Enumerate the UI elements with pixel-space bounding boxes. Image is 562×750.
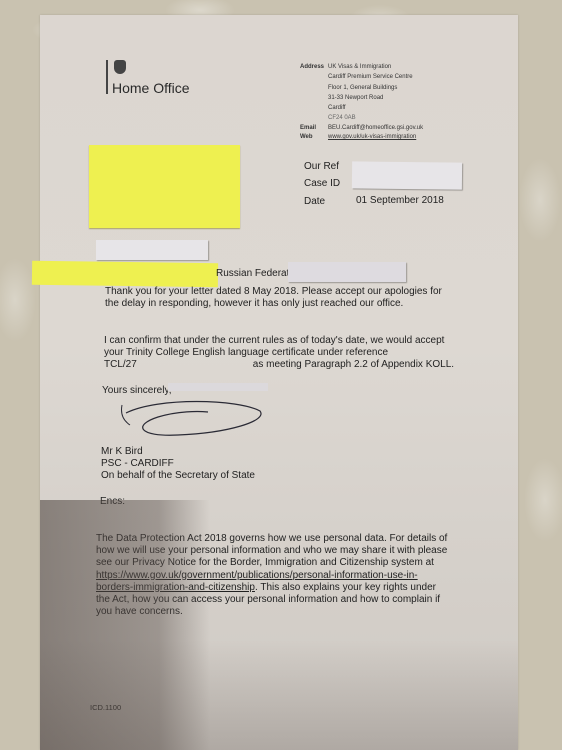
redaction-sticky-strip — [32, 261, 218, 288]
privacy-line: The Data Protection Act 2018 governs how… — [96, 533, 447, 545]
privacy-line: the Act, how you can access your persona… — [96, 594, 447, 606]
signer-block: Mr K Bird PSC - CARDIFF On behalf of the… — [101, 446, 255, 482]
recipient-country: Russian Federat — [216, 268, 289, 280]
body-line: Thank you for your letter dated 8 May 20… — [105, 286, 442, 298]
logo-divider — [106, 60, 108, 94]
royal-crest-icon — [114, 60, 126, 74]
paragraph-confirmation: I can confirm that under the current rul… — [104, 335, 454, 371]
body-line: TCL/27as meeting Paragraph 2.2 of Append… — [104, 359, 454, 371]
case-id-label: Case ID — [304, 178, 340, 189]
form-code: ICD.1100 — [90, 703, 121, 712]
address-line: 31-33 Newport Road — [328, 93, 423, 103]
privacy-notice-link-cont[interactable]: borders-immigration-and-citizenship — [96, 582, 255, 593]
privacy-line: how we will use your personal informatio… — [96, 545, 447, 557]
privacy-notice-link[interactable]: https://www.gov.uk/government/publicatio… — [96, 570, 447, 582]
our-ref-label: Our Ref — [304, 161, 339, 172]
web-link[interactable]: www.gov.uk/uk-visas-immigration — [328, 133, 423, 142]
address-line: UK Visas & Immigration — [328, 62, 423, 72]
date-label: Date — [304, 196, 325, 207]
signature — [118, 395, 268, 445]
redaction-reference — [352, 161, 462, 189]
email-value: BEU.Cardiff@homeoffice.gsi.gov.uk — [328, 124, 423, 133]
address-line: CF24 0AB — [328, 113, 423, 123]
redaction-sticky-note — [89, 145, 240, 228]
paragraph-acknowledgement: Thank you for your letter dated 8 May 20… — [105, 286, 442, 310]
address-line: Cardiff — [328, 103, 423, 113]
signer-name: Mr K Bird — [101, 446, 255, 458]
address-line: Floor 1, General Buildings — [328, 83, 423, 93]
enclosures-label: Encs: — [100, 496, 125, 508]
body-line: the delay in responding, however it has … — [105, 298, 442, 310]
privacy-line: you have concerns. — [96, 606, 447, 618]
privacy-line: see our Privacy Notice for the Border, I… — [96, 557, 447, 569]
privacy-line: borders-immigration-and-citizenship. Thi… — [96, 582, 447, 594]
email-label: Email — [300, 124, 324, 133]
address-lines: UK Visas & Immigration Cardiff Premium S… — [328, 62, 423, 142]
address-label: Address — [300, 62, 324, 72]
body-line: your Trinity College English language ce… — [104, 347, 454, 359]
redaction-name — [96, 240, 208, 260]
address-labels: Address Email Web — [300, 62, 324, 142]
address-line: Cardiff Premium Service Centre — [328, 72, 423, 82]
date-value: 01 September 2018 — [356, 195, 444, 206]
letter-page — [40, 15, 518, 750]
web-label: Web — [300, 133, 324, 142]
redaction-salutation — [168, 383, 268, 391]
organisation-name: Home Office — [112, 80, 190, 96]
signer-role: On behalf of the Secretary of State — [101, 470, 255, 482]
privacy-notice: The Data Protection Act 2018 governs how… — [96, 533, 447, 618]
body-line: I can confirm that under the current rul… — [104, 335, 454, 347]
redaction-address — [288, 262, 406, 282]
signer-unit: PSC - CARDIFF — [101, 458, 255, 470]
certificate-reference: TCL/27 — [104, 359, 137, 370]
